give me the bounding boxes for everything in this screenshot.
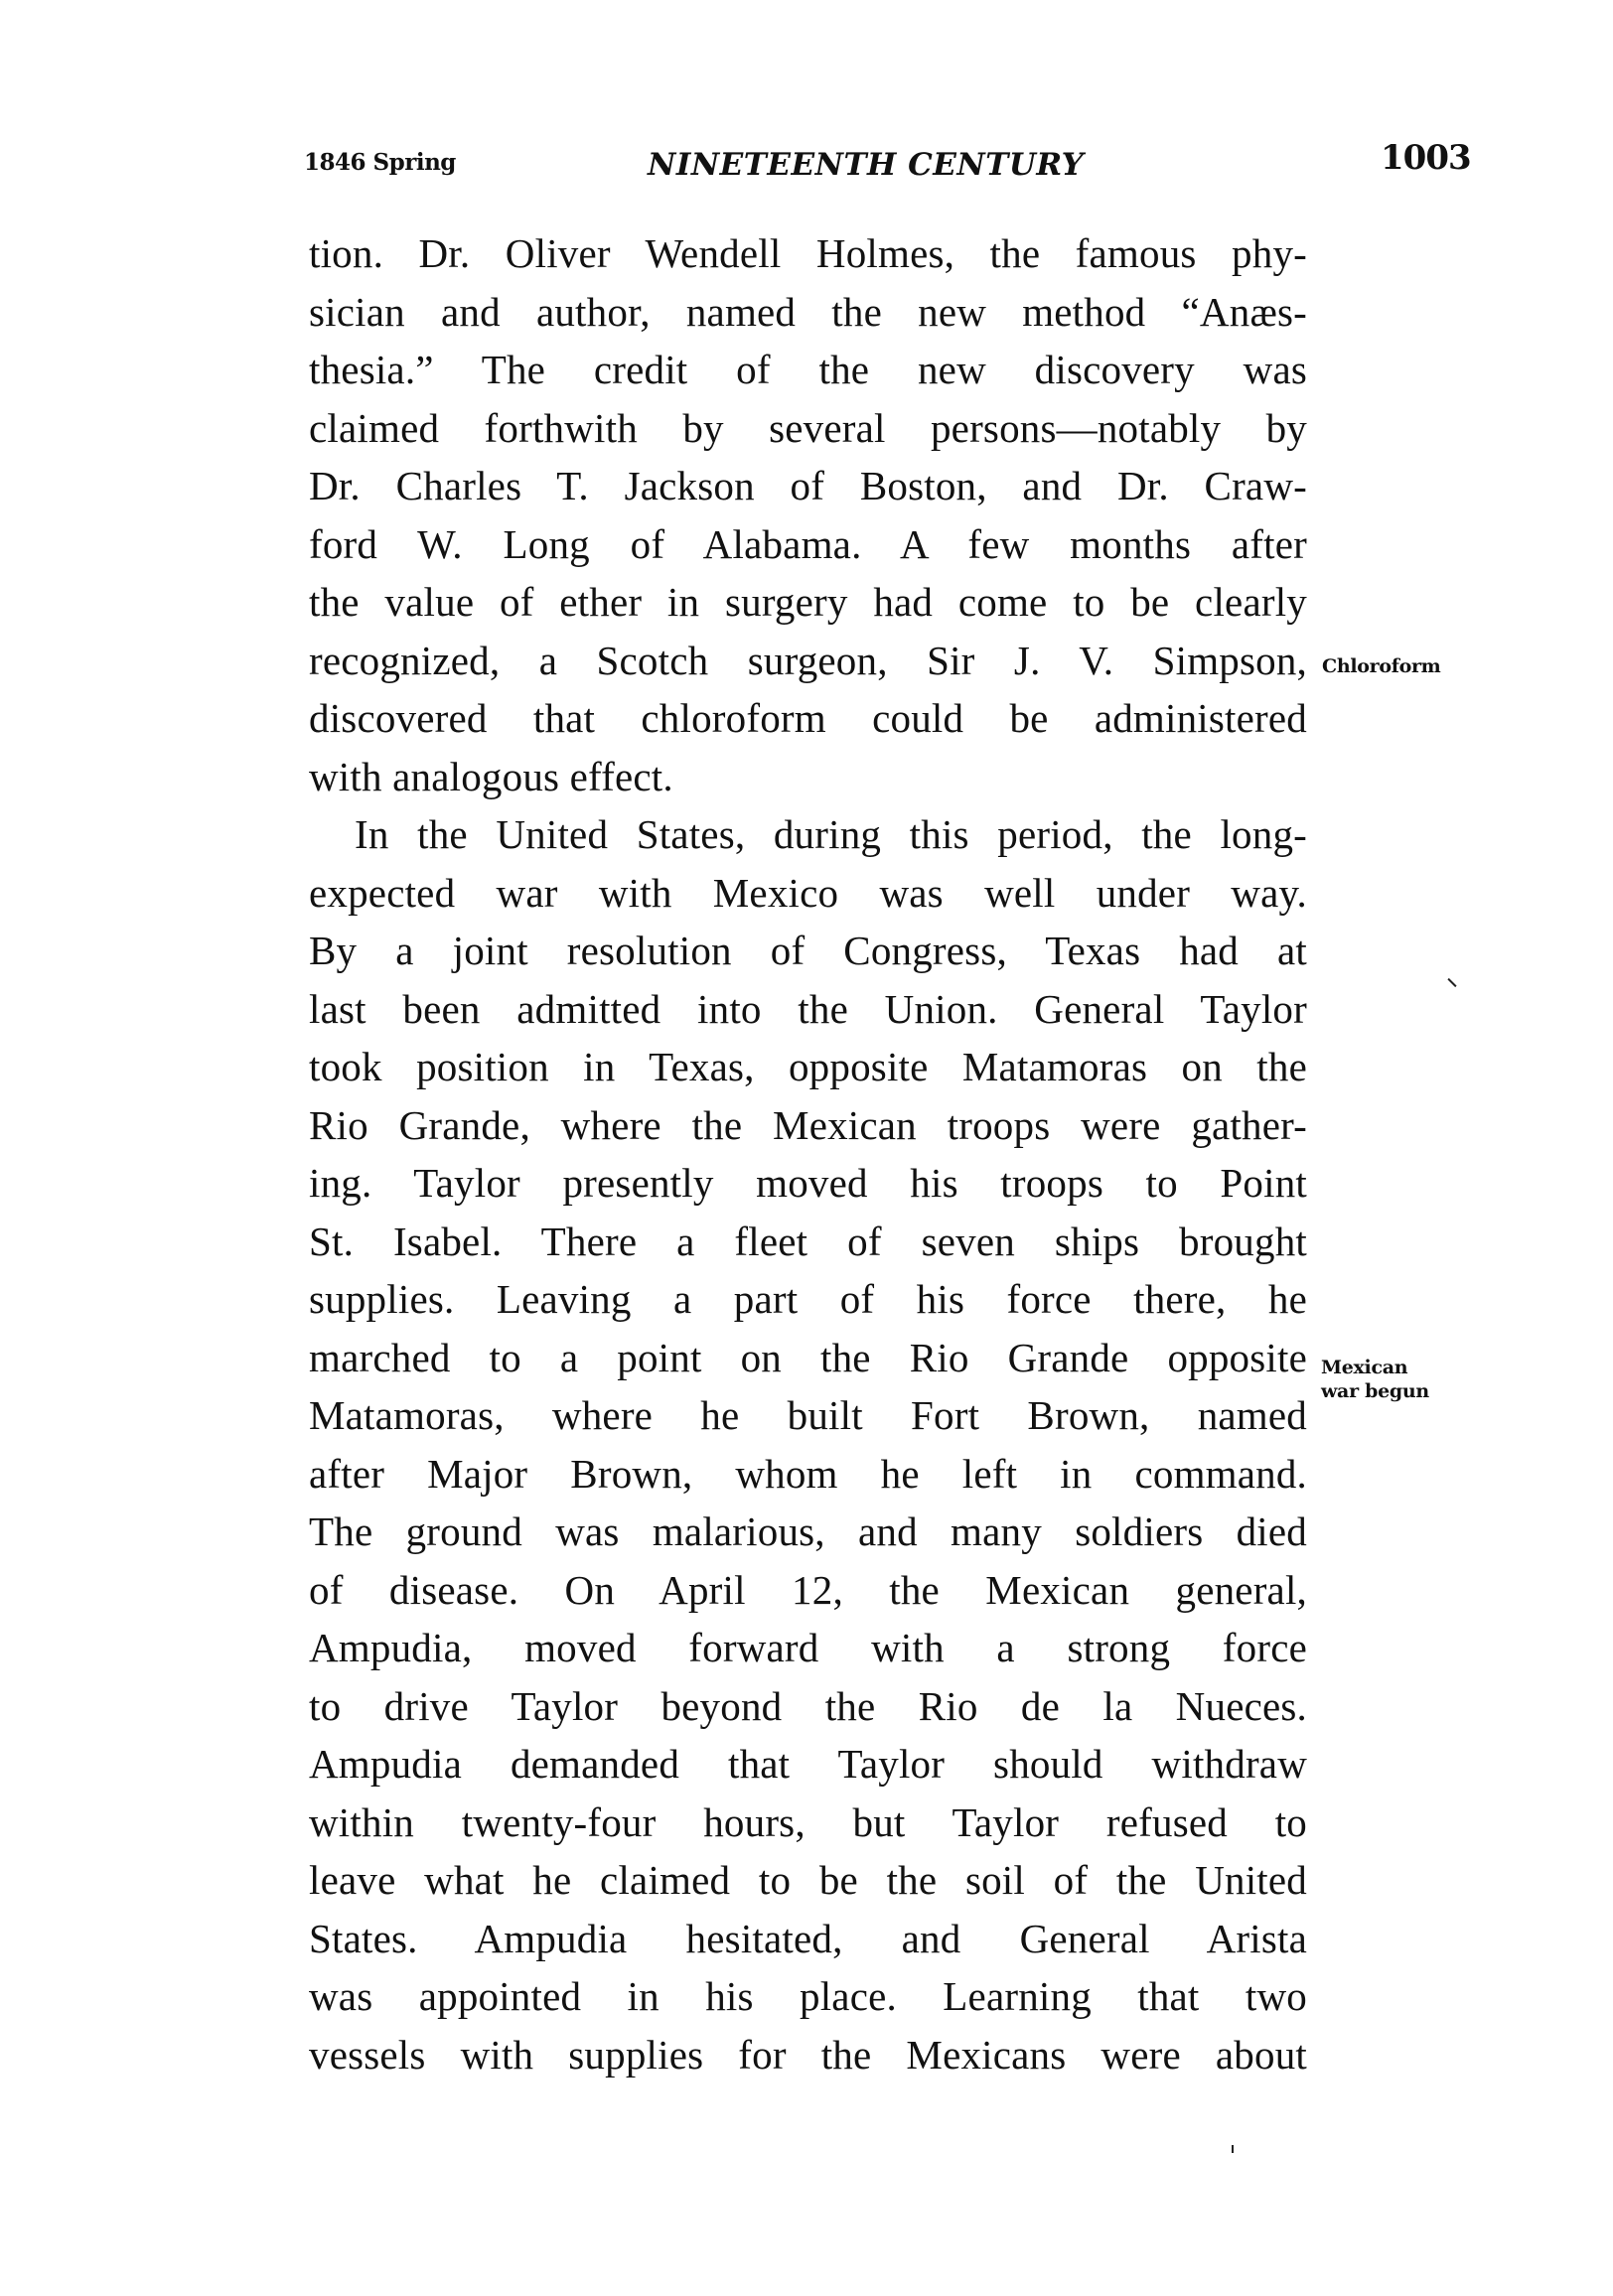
text-line: leave what he claimed to be the soil of … <box>309 1851 1307 1910</box>
margin-note-chloroform: Chloroform <box>1322 654 1440 678</box>
running-header: 1846 Spring NINETEENTH CENTURY 1003 <box>0 0 1613 218</box>
text-line: Dr. Charles T. Jackson of Boston, and Dr… <box>309 457 1307 515</box>
text-line: within twenty-four hours, but Taylor ref… <box>309 1794 1307 1852</box>
text-line: supplies. Leaving a part of his force th… <box>309 1270 1307 1329</box>
text-line: expected war with Mexico was well under … <box>309 864 1307 923</box>
text-line: In the United States, during this period… <box>309 805 1307 864</box>
text-line: ford W. Long of Alabama. A few months af… <box>309 515 1307 574</box>
text-line: the value of ether in surgery had come t… <box>309 573 1307 632</box>
margin-note-line: Chloroform <box>1322 654 1440 678</box>
text-line: recognized, a Scotch surgeon, Sir J. V. … <box>309 632 1307 690</box>
text-line: was appointed in his place. Learning tha… <box>309 1967 1307 2026</box>
stray-print-mark <box>1447 978 1456 987</box>
text-line: with analogous effect. <box>309 748 1307 806</box>
book-page: 1846 Spring NINETEENTH CENTURY 1003 tion… <box>0 0 1613 2296</box>
header-title: NINETEENTH CENTURY <box>648 147 1118 183</box>
margin-note-line: Mexican <box>1321 1356 1429 1379</box>
text-line: Ampudia, moved forward with a strong for… <box>309 1619 1307 1677</box>
text-line: of disease. On April 12, the Mexican gen… <box>309 1561 1307 1620</box>
text-line: States. Ampudia hesitated, and General A… <box>309 1910 1307 1968</box>
page-number: 1003 <box>1381 138 1471 178</box>
paragraph-2: In the United States, during this period… <box>309 805 1307 2083</box>
text-line: vessels with supplies for the Mexicans w… <box>309 2026 1307 2084</box>
margin-note-mexican-war: Mexican war begun <box>1321 1356 1429 1403</box>
text-line: Matamoras, where he built Fort Brown, na… <box>309 1386 1307 1445</box>
text-line: discovered that chloroform could be admi… <box>309 689 1307 748</box>
text-line: claimed forthwith by several persons—not… <box>309 399 1307 458</box>
stray-print-mark <box>1232 2145 1234 2153</box>
text-line: Rio Grande, where the Mexican troops wer… <box>309 1096 1307 1155</box>
text-line: tion. Dr. Oliver Wendell Holmes, the fam… <box>309 224 1307 283</box>
text-line: Ampudia demanded that Taylor should with… <box>309 1735 1307 1794</box>
text-line: sician and author, named the new method … <box>309 283 1307 342</box>
text-line: after Major Brown, whom he left in comma… <box>309 1445 1307 1504</box>
text-line: last been admitted into the Union. Gener… <box>309 980 1307 1039</box>
text-line: By a joint resolution of Congress, Texas… <box>309 922 1307 980</box>
header-date: 1846 Spring <box>304 149 456 176</box>
text-line: The ground was malarious, and many soldi… <box>309 1503 1307 1561</box>
paragraph-1: tion. Dr. Oliver Wendell Holmes, the fam… <box>309 224 1307 805</box>
text-line: St. Isabel. There a fleet of seven ships… <box>309 1213 1307 1271</box>
text-line: to drive Taylor beyond the Rio de la Nue… <box>309 1677 1307 1736</box>
text-line: marched to a point on the Rio Grande opp… <box>309 1329 1307 1387</box>
body-text: tion. Dr. Oliver Wendell Holmes, the fam… <box>309 224 1307 2083</box>
text-line: took position in Texas, opposite Matamor… <box>309 1038 1307 1096</box>
text-line: ing. Taylor presently moved his troops t… <box>309 1154 1307 1213</box>
margin-note-line: war begun <box>1321 1379 1429 1403</box>
text-line: thesia.” The credit of the new discovery… <box>309 341 1307 399</box>
